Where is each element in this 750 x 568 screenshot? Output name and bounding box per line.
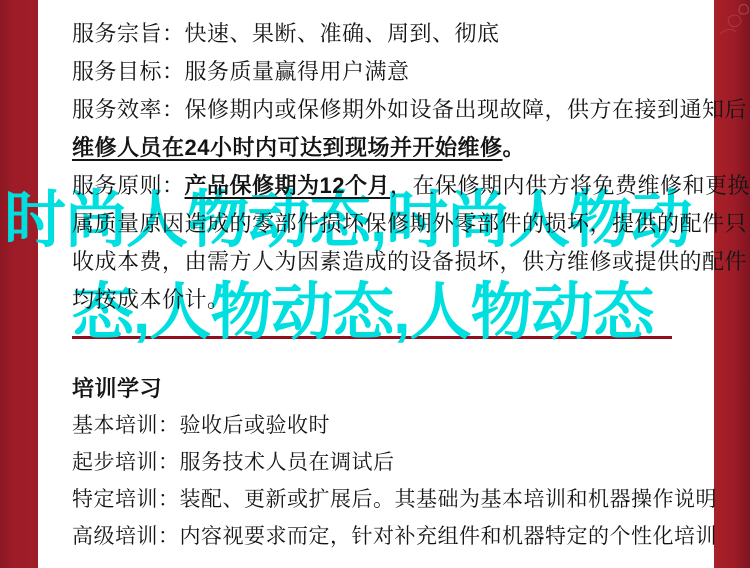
service-principle-line: 服务原则：产品保修期为12个月，在保修期内供方将免费维修和更换: [72, 167, 708, 205]
service-purpose-line: 服务宗旨：快速、果断、准确、周到、彻底: [72, 15, 708, 53]
training-basic-line: 基本培训：验收后或验收时: [72, 407, 708, 444]
training-section: 培训学习 基本培训：验收后或验收时 起步培训：服务技术人员在调试后 特定培训：装…: [72, 370, 708, 555]
training-start-line: 起步培训：服务技术人员在调试后: [72, 444, 708, 481]
principle-label: 服务原则：: [72, 173, 185, 198]
service-principle-cont2-line: 收成本费，由需方人为因素造成的设备损坏，供方维修或提供的配件: [72, 243, 708, 281]
training-specific-line: 特定培训：装配、更新或扩展后。其基础为基本培训和机器操作说明: [72, 481, 708, 518]
efficiency-period: 。: [502, 135, 525, 160]
service-principle-cont1-line: 属质量原因造成的零部件损坏保修期外零部件的损坏，提供的配件只: [72, 205, 708, 243]
service-efficiency-bold-line: 维修人员在24小时内可达到现场并开始维修。: [72, 129, 708, 167]
training-advanced-line: 高级培训：内容视要求而定，针对补充组件和机器特定的个性化培训: [72, 518, 708, 555]
left-red-border: [0, 0, 38, 568]
efficiency-bold-underlined-text: 维修人员在24小时内可达到现场并开始维修: [72, 135, 502, 160]
principle-bold-underlined-text: 产品保修期为12个月: [185, 173, 390, 198]
service-efficiency-line: 服务效率：保修期内或保修期外如设备出现故障，供方在接到通知后: [72, 91, 708, 129]
training-heading: 培训学习: [72, 370, 708, 407]
service-goal-line: 服务目标：服务质量赢得用户满意: [72, 53, 708, 91]
service-section: 服务宗旨：快速、果断、准确、周到、彻底 服务目标：服务质量赢得用户满意 服务效率…: [72, 15, 708, 319]
principle-rest-text: ，在保修期内供方将免费维修和更换: [390, 173, 750, 198]
service-principle-cont3-line: 均按成本价计。: [72, 281, 708, 319]
corner-flourish-decoration: [710, 0, 750, 80]
right-red-border: [714, 0, 750, 568]
